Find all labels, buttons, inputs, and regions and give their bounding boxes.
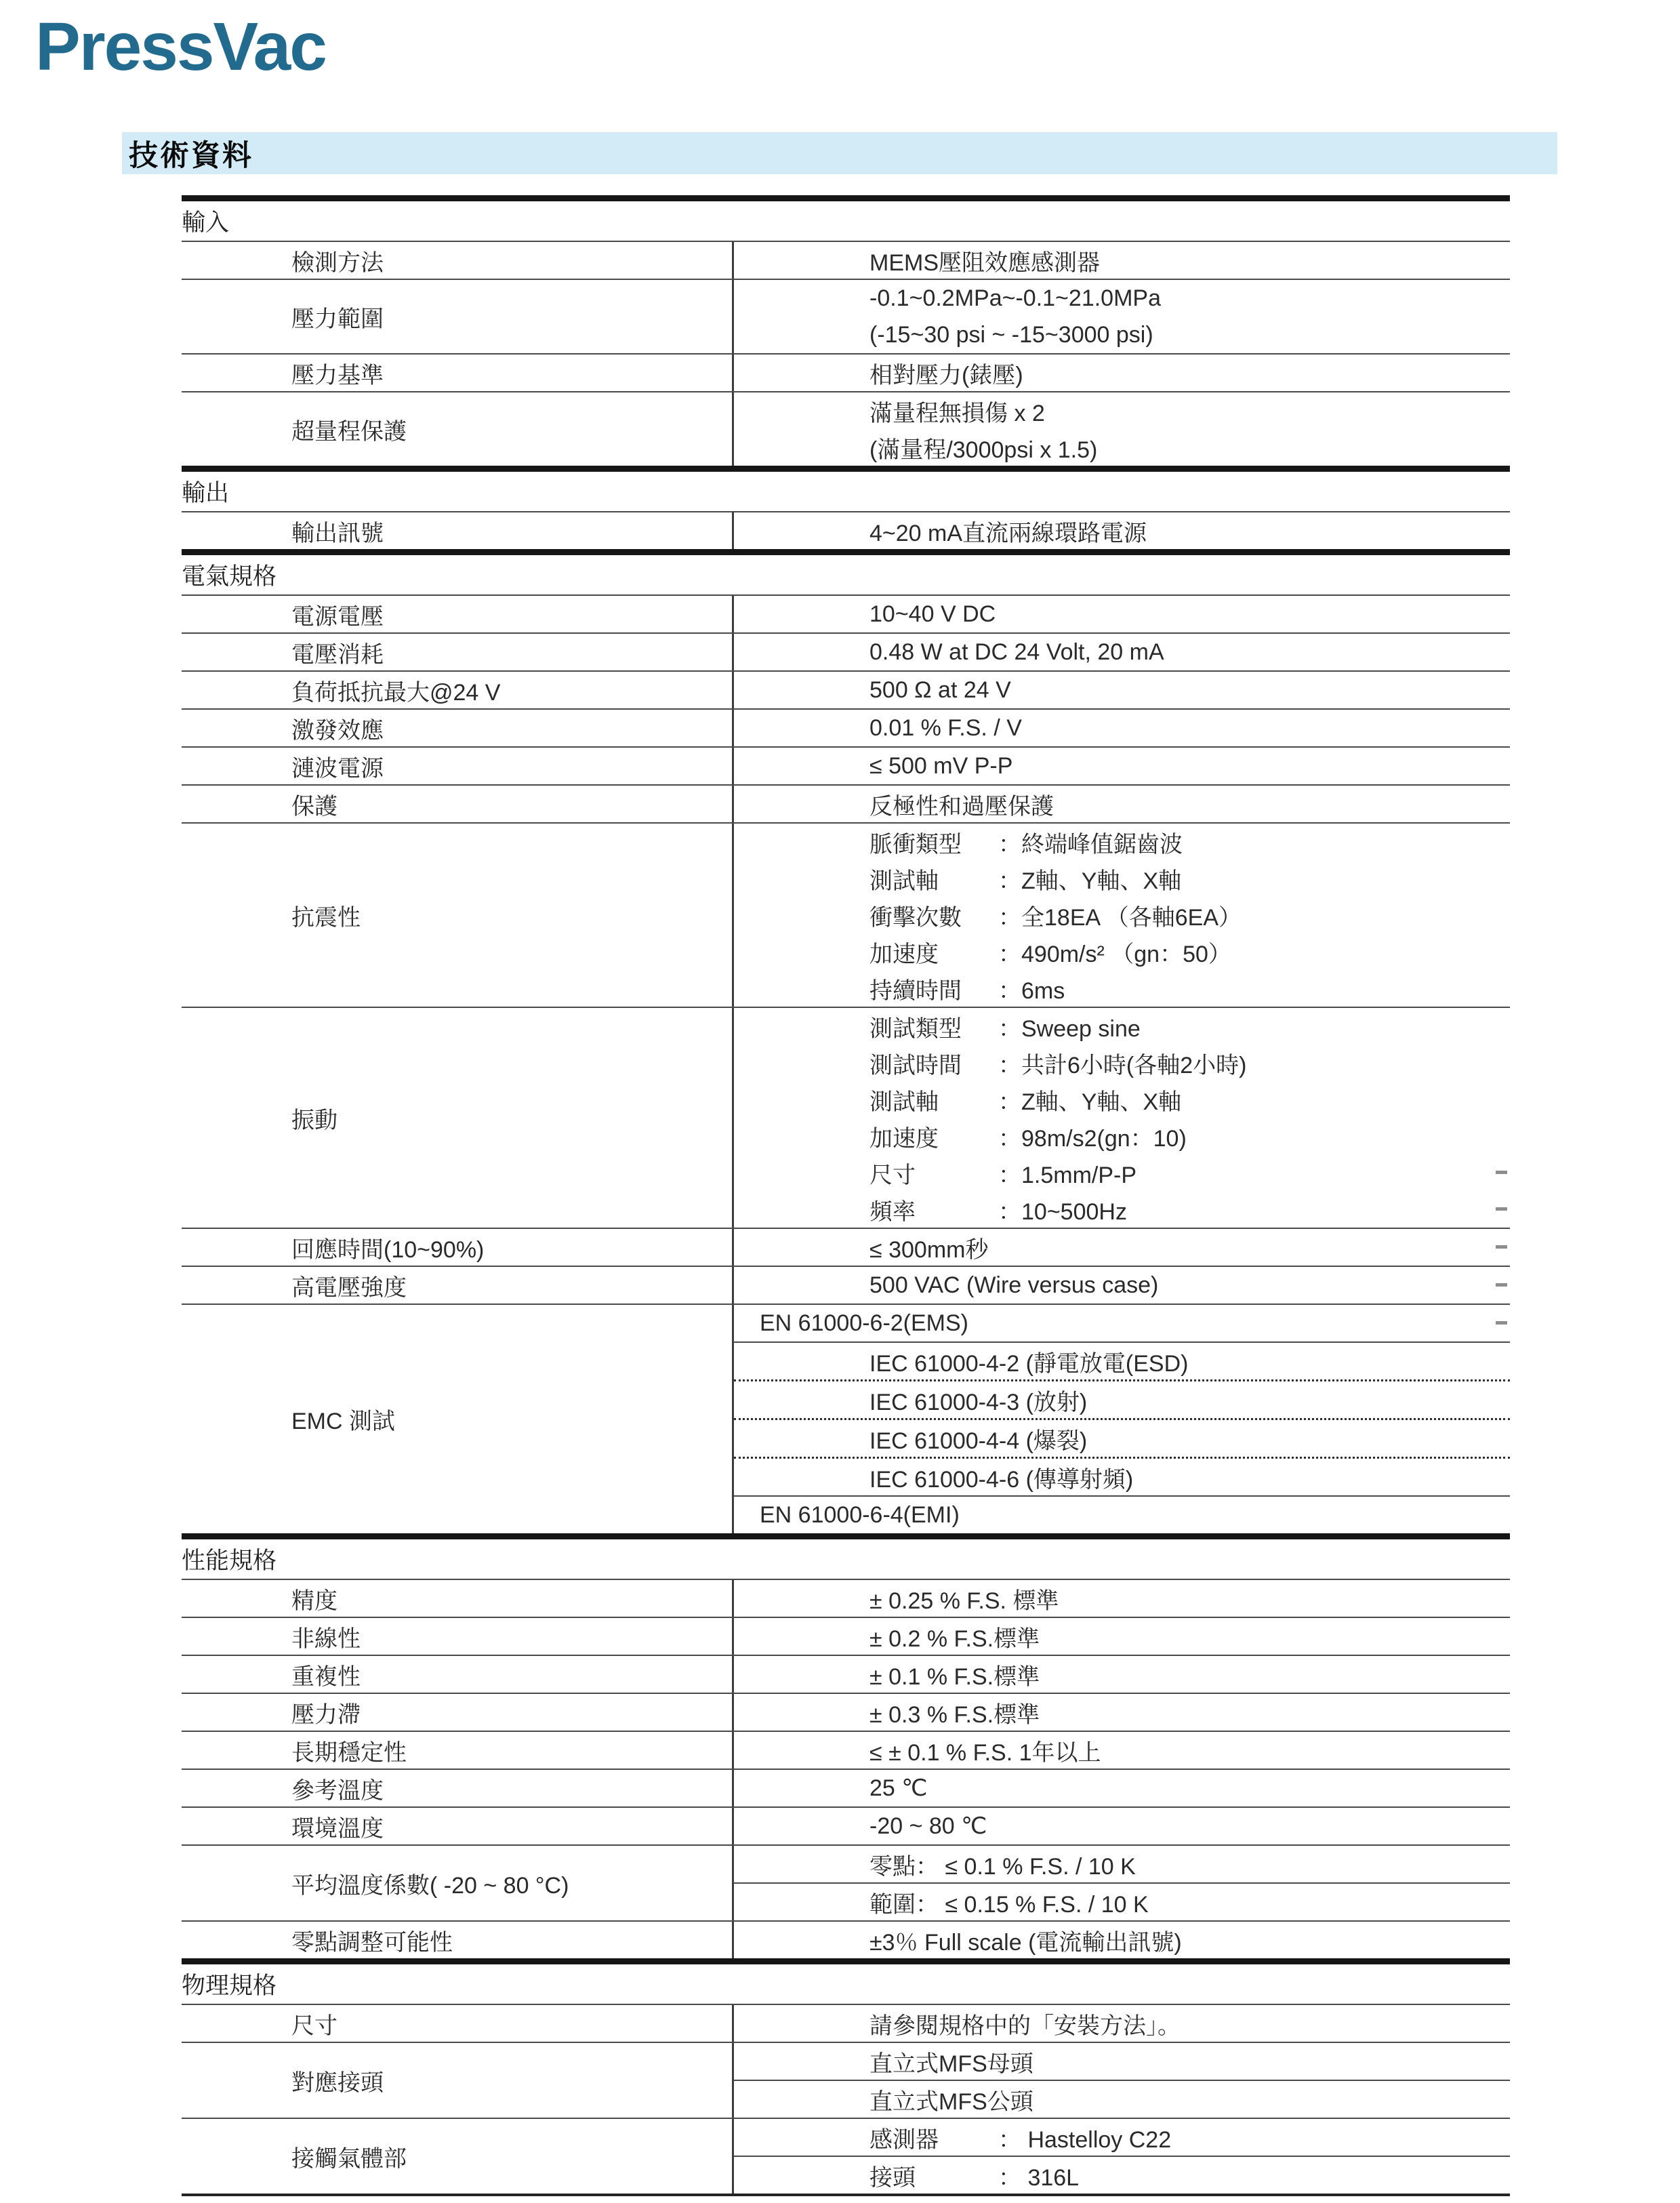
value-key: 頻率: [869, 1193, 998, 1226]
value-line: IEC 61000-4-2 (靜電放電(ESD): [734, 1343, 1510, 1379]
value-key: 加速度: [869, 935, 998, 969]
value-block: 請參閱規格中的「安裝方法」。: [734, 2005, 1510, 2042]
value-line: EN 61000-6-4(EMI): [734, 1497, 1510, 1533]
value-line: 500 VAC (Wire versus case): [734, 1267, 1510, 1303]
row-label: 激發效應: [182, 710, 732, 746]
row-label: 零點調整可能性: [182, 1922, 732, 1958]
value-line: ± 0.3 % F.S.標準: [734, 1694, 1510, 1731]
row-label: 非線性: [182, 1618, 732, 1655]
value-line: 相對壓力(錶壓): [734, 355, 1510, 391]
value-line: 滿量程無損傷 x 2: [734, 392, 1510, 429]
value-line: 10~40 V DC: [734, 596, 1510, 632]
value-line: 測試時間：共計6小時(各軸2小時): [734, 1045, 1510, 1081]
row-label: 振動: [182, 1008, 732, 1228]
row-value-column: -0.1~0.2MPa~-0.1~21.0MPa(-15~30 psi ~ -1…: [732, 280, 1510, 353]
row-label: 抗震性: [182, 824, 732, 1007]
value-line: -20 ~ 80 ℃: [734, 1808, 1510, 1844]
value-line: 零點： ≤ 0.1 % F.S. / 10 K: [734, 1846, 1510, 1882]
row-label: 壓力範圍: [182, 280, 732, 353]
row-label: 壓力滯: [182, 1694, 732, 1731]
value-block: 範圍： ≤ 0.15 % F.S. / 10 K: [734, 1882, 1510, 1920]
row-label: 接觸氣體部: [182, 2119, 732, 2194]
row-label: 輸出訊號: [182, 512, 732, 549]
spec-table: 輸入檢測方法MEMS壓阻效應感測器壓力範圍-0.1~0.2MPa~-0.1~21…: [182, 195, 1510, 2196]
row-value-column: 測試類型：Sweep sine測試時間：共計6小時(各軸2小時)測試軸：Z軸、Y…: [732, 1008, 1510, 1228]
value-line: -0.1~0.2MPa~-0.1~21.0MPa: [734, 280, 1510, 317]
value-line: EN 61000-6-2(EMS): [734, 1305, 1510, 1341]
spec-row: 高電壓強度500 VAC (Wire versus case): [182, 1266, 1510, 1303]
row-value-column: 500 Ω at 24 V: [732, 672, 1510, 708]
value-block: ± 0.25 % F.S. 標準: [734, 1580, 1510, 1617]
spec-row: 壓力範圍-0.1~0.2MPa~-0.1~21.0MPa(-15~30 psi …: [182, 279, 1510, 353]
value-line: 感測器： Hastelloy C22: [734, 2119, 1510, 2156]
row-label: EMC 測試: [182, 1305, 732, 1533]
spec-row: 長期穩定性≤ ± 0.1 % F.S. 1年以上: [182, 1731, 1510, 1769]
value-key: 持續時間: [869, 972, 998, 1005]
value-block: 反極性和過壓保護: [734, 786, 1510, 822]
value-line: 範圍： ≤ 0.15 % F.S. / 10 K: [734, 1884, 1510, 1920]
row-value-column: 脈衝類型：終端峰值鋸齒波測試軸：Z軸、Y軸、X軸衝擊次數：全18EA （各軸6E…: [732, 824, 1510, 1007]
value-block: 4~20 mA直流兩線環路電源: [734, 512, 1510, 549]
section-title: 物理規格: [182, 1964, 1510, 2004]
spec-row: 對應接頭直立式MFS母頭直立式MFS公頭: [182, 2042, 1510, 2118]
table-top-border: [182, 195, 1510, 201]
value-block: 感測器： Hastelloy C22: [734, 2119, 1510, 2156]
section-4: 物理規格尺寸請參閱規格中的「安裝方法」。對應接頭直立式MFS母頭直立式MFS公頭…: [182, 1964, 1510, 2196]
value-block: -20 ~ 80 ℃: [734, 1808, 1510, 1844]
spec-row: 尺寸請參閱規格中的「安裝方法」。: [182, 2004, 1510, 2042]
row-value-column: ± 0.2 % F.S.標準: [732, 1618, 1510, 1655]
spec-row: 回應時間(10~90%)≤ 300mm秒: [182, 1228, 1510, 1266]
spec-row: 電源電壓10~40 V DC: [182, 594, 1510, 632]
spec-row: 激發效應0.01 % F.S. / V: [182, 708, 1510, 746]
value-line: MEMS壓阻效應感測器: [734, 242, 1510, 279]
value-block: ≤ ± 0.1 % F.S. 1年以上: [734, 1732, 1510, 1769]
row-label: 重複性: [182, 1656, 732, 1693]
row-label: 回應時間(10~90%): [182, 1229, 732, 1266]
row-value-column: 零點： ≤ 0.1 % F.S. / 10 K範圍： ≤ 0.15 % F.S.…: [732, 1846, 1510, 1920]
value-line: (滿量程/3000psi x 1.5): [734, 429, 1510, 466]
value-block: EN 61000-6-4(EMI): [734, 1495, 1510, 1533]
value-block: 測試類型：Sweep sine測試時間：共計6小時(各軸2小時)測試軸：Z軸、Y…: [734, 1008, 1510, 1228]
value-line: ± 0.1 % F.S.標準: [734, 1656, 1510, 1693]
row-label: 漣波電源: [182, 748, 732, 784]
row-label: 高電壓強度: [182, 1267, 732, 1303]
spec-row: 參考溫度25 ℃: [182, 1769, 1510, 1806]
value-line: 加速度：98m/s2(gn：10): [734, 1118, 1510, 1154]
value-text: ：Sweep sine: [998, 1010, 1141, 1043]
row-label: 環境溫度: [182, 1808, 732, 1844]
value-key: 衝擊次數: [869, 899, 998, 932]
value-line: (-15~30 psi ~ -15~3000 psi): [734, 317, 1510, 353]
spec-row: 保護反極性和過壓保護: [182, 784, 1510, 822]
section-title: 性能規格: [182, 1539, 1510, 1579]
section-heading-bar: 技術資料: [122, 132, 1557, 174]
spec-row: 電壓消耗0.48 W at DC 24 Volt, 20 mA: [182, 632, 1510, 670]
row-value-column: 反極性和過壓保護: [732, 786, 1510, 822]
value-line: ± 0.2 % F.S.標準: [734, 1618, 1510, 1655]
spec-row: 零點調整可能性±3％ Full scale (電流輸出訊號): [182, 1920, 1510, 1958]
value-line: 請參閱規格中的「安裝方法」。: [734, 2005, 1510, 2042]
row-label: 保護: [182, 786, 732, 822]
spec-row: 壓力滯± 0.3 % F.S.標準: [182, 1693, 1510, 1731]
row-label: 負荷抵抗最大@24 V: [182, 672, 732, 708]
row-value-column: ± 0.1 % F.S.標準: [732, 1656, 1510, 1693]
spec-row: 抗震性脈衝類型：終端峰值鋸齒波測試軸：Z軸、Y軸、X軸衝擊次數：全18EA （各…: [182, 822, 1510, 1007]
row-value-column: ≤ 300mm秒: [732, 1229, 1510, 1266]
spec-row: 超量程保護滿量程無損傷 x 2(滿量程/3000psi x 1.5): [182, 391, 1510, 466]
row-label: 電源電壓: [182, 596, 732, 632]
row-value-column: 相對壓力(錶壓): [732, 355, 1510, 391]
value-line: 持續時間：6ms: [734, 970, 1510, 1007]
row-label: 檢測方法: [182, 242, 732, 279]
value-block: 零點： ≤ 0.1 % F.S. / 10 K: [734, 1846, 1510, 1882]
value-block: 滿量程無損傷 x 2(滿量程/3000psi x 1.5): [734, 392, 1510, 466]
section-2: 電氣規格電源電壓10~40 V DC電壓消耗0.48 W at DC 24 Vo…: [182, 555, 1510, 1539]
value-line: 衝擊次數：全18EA （各軸6EA）: [734, 897, 1510, 933]
value-key: 感測器: [869, 2121, 998, 2154]
value-block: 500 VAC (Wire versus case): [734, 1267, 1510, 1303]
value-line: 測試軸：Z軸、Y軸、X軸: [734, 860, 1510, 897]
row-value-column: 4~20 mA直流兩線環路電源: [732, 512, 1510, 549]
value-key: 測試軸: [869, 1083, 998, 1116]
spec-row: 輸出訊號4~20 mA直流兩線環路電源: [182, 511, 1510, 549]
value-block: IEC 61000-4-6 (傳導射頻): [734, 1457, 1510, 1495]
row-value-column: ≤ 500 mV P-P: [732, 748, 1510, 784]
row-value-column: 25 ℃: [732, 1770, 1510, 1806]
value-block: ± 0.2 % F.S.標準: [734, 1618, 1510, 1655]
spec-row: 平均溫度係數( -20 ~ 80 °C)零點： ≤ 0.1 % F.S. / 1…: [182, 1844, 1510, 1920]
row-value-column: 請參閱規格中的「安裝方法」。: [732, 2005, 1510, 2042]
row-label: 超量程保護: [182, 392, 732, 466]
row-label: 尺寸: [182, 2005, 732, 2042]
value-line: IEC 61000-4-4 (爆裂): [734, 1420, 1510, 1457]
row-value-column: 0.01 % F.S. / V: [732, 710, 1510, 746]
value-block: 接頭： 316L: [734, 2156, 1510, 2194]
row-label: 對應接頭: [182, 2043, 732, 2118]
value-line: 測試軸：Z軸、Y軸、X軸: [734, 1081, 1510, 1118]
value-text: ：終端峰值鋸齒波: [998, 826, 1183, 859]
spec-row: EMC 測試EN 61000-6-2(EMS)IEC 61000-4-2 (靜電…: [182, 1303, 1510, 1533]
row-value-column: -20 ~ 80 ℃: [732, 1808, 1510, 1844]
value-text: ：490m/s² （gn：50）: [998, 935, 1231, 969]
value-block: ± 0.3 % F.S.標準: [734, 1694, 1510, 1731]
spec-row: 檢測方法MEMS壓阻效應感測器: [182, 241, 1510, 279]
spec-row: 環境溫度-20 ~ 80 ℃: [182, 1806, 1510, 1844]
value-line: 直立式MFS母頭: [734, 2043, 1510, 2080]
value-block: ±3％ Full scale (電流輸出訊號): [734, 1922, 1510, 1958]
brand-logo: PressVac: [35, 8, 326, 86]
page: { "logo_text": "PressVac", "heading": "技…: [0, 0, 1680, 2203]
value-block: MEMS壓阻效應感測器: [734, 242, 1510, 279]
row-label: 平均溫度係數( -20 ~ 80 °C): [182, 1846, 732, 1920]
value-line: IEC 61000-4-6 (傳導射頻): [734, 1459, 1510, 1495]
row-value-column: MEMS壓阻效應感測器: [732, 242, 1510, 279]
spec-row: 精度± 0.25 % F.S. 標準: [182, 1579, 1510, 1617]
value-line: 0.48 W at DC 24 Volt, 20 mA: [734, 634, 1510, 670]
value-line: 反極性和過壓保護: [734, 786, 1510, 822]
value-key: 測試時間: [869, 1047, 998, 1080]
value-block: 0.48 W at DC 24 Volt, 20 mA: [734, 634, 1510, 670]
row-value-column: 感測器： Hastelloy C22接頭： 316L: [732, 2119, 1510, 2194]
value-line: 測試類型：Sweep sine: [734, 1008, 1510, 1045]
value-text: ：98m/s2(gn：10): [998, 1120, 1187, 1153]
spec-row: 振動測試類型：Sweep sine測試時間：共計6小時(各軸2小時)測試軸：Z軸…: [182, 1007, 1510, 1228]
value-block: 直立式MFS公頭: [734, 2080, 1510, 2118]
row-value-column: ± 0.25 % F.S. 標準: [732, 1580, 1510, 1617]
spec-row: 重複性± 0.1 % F.S.標準: [182, 1655, 1510, 1693]
value-text: ：共計6小時(各軸2小時): [998, 1047, 1246, 1080]
value-block: 500 Ω at 24 V: [734, 672, 1510, 708]
row-value-column: 滿量程無損傷 x 2(滿量程/3000psi x 1.5): [732, 392, 1510, 466]
value-line: 25 ℃: [734, 1770, 1510, 1806]
value-line: ≤ 300mm秒: [734, 1229, 1510, 1266]
section-bottom-border: [182, 549, 1510, 555]
value-line: IEC 61000-4-3 (放射): [734, 1381, 1510, 1418]
value-text: ： 316L: [998, 2159, 1079, 2192]
value-line: 500 Ω at 24 V: [734, 672, 1510, 708]
row-value-column: 500 VAC (Wire versus case): [732, 1267, 1510, 1303]
section-bottom-border: [182, 2194, 1510, 2196]
row-label: 電壓消耗: [182, 634, 732, 670]
value-block: 直立式MFS母頭: [734, 2043, 1510, 2080]
row-label: 壓力基準: [182, 355, 732, 391]
spec-row: 負荷抵抗最大@24 V500 Ω at 24 V: [182, 670, 1510, 708]
spec-row: 壓力基準相對壓力(錶壓): [182, 353, 1510, 391]
value-line: 脈衝類型：終端峰值鋸齒波: [734, 824, 1510, 860]
value-text: ：全18EA （各軸6EA）: [998, 899, 1242, 932]
section-bottom-border: [182, 466, 1510, 472]
value-block: 脈衝類型：終端峰值鋸齒波測試軸：Z軸、Y軸、X軸衝擊次數：全18EA （各軸6E…: [734, 824, 1510, 1007]
value-line: 尺寸：1.5mm/P-P: [734, 1154, 1510, 1191]
value-text: ： Hastelloy C22: [998, 2121, 1171, 2154]
row-label: 參考溫度: [182, 1770, 732, 1806]
page-title: 技術資料: [122, 133, 253, 174]
section-0: 輸入檢測方法MEMS壓阻效應感測器壓力範圍-0.1~0.2MPa~-0.1~21…: [182, 201, 1510, 472]
value-line: 加速度：490m/s² （gn：50）: [734, 933, 1510, 970]
value-block: ± 0.1 % F.S.標準: [734, 1656, 1510, 1693]
value-line: ≤ 500 mV P-P: [734, 748, 1510, 784]
row-value-column: EN 61000-6-2(EMS)IEC 61000-4-2 (靜電放電(ESD…: [732, 1305, 1510, 1533]
value-line: 0.01 % F.S. / V: [734, 710, 1510, 746]
value-block: 0.01 % F.S. / V: [734, 710, 1510, 746]
value-block: 10~40 V DC: [734, 596, 1510, 632]
spec-row: 接觸氣體部感測器： Hastelloy C22接頭： 316L: [182, 2118, 1510, 2194]
row-value-column: ≤ ± 0.1 % F.S. 1年以上: [732, 1732, 1510, 1769]
row-value-column: 直立式MFS母頭直立式MFS公頭: [732, 2043, 1510, 2118]
value-key: 尺寸: [869, 1156, 998, 1190]
row-label: 精度: [182, 1580, 732, 1617]
section-bottom-border: [182, 1533, 1510, 1539]
value-key: 測試類型: [869, 1010, 998, 1043]
value-line: 直立式MFS公頭: [734, 2081, 1510, 2118]
value-block: ≤ 300mm秒: [734, 1229, 1510, 1266]
row-label: 長期穩定性: [182, 1732, 732, 1769]
value-text: ：10~500Hz: [998, 1193, 1127, 1226]
value-text: ：Z軸、Y軸、X軸: [998, 862, 1181, 895]
value-block: IEC 61000-4-4 (爆裂): [734, 1418, 1510, 1457]
value-key: 脈衝類型: [869, 826, 998, 859]
section-title: 輸入: [182, 201, 1510, 241]
row-value-column: 10~40 V DC: [732, 596, 1510, 632]
value-block: IEC 61000-4-3 (放射): [734, 1379, 1510, 1418]
value-line: ± 0.25 % F.S. 標準: [734, 1580, 1510, 1617]
row-value-column: 0.48 W at DC 24 Volt, 20 mA: [732, 634, 1510, 670]
section-title: 電氣規格: [182, 555, 1510, 594]
value-key: 加速度: [869, 1120, 998, 1153]
value-text: ：6ms: [998, 972, 1065, 1005]
section-title: 輸出: [182, 472, 1510, 511]
value-block: 25 ℃: [734, 1770, 1510, 1806]
value-line: 接頭： 316L: [734, 2157, 1510, 2194]
value-block: 相對壓力(錶壓): [734, 355, 1510, 391]
spec-row: 非線性± 0.2 % F.S.標準: [182, 1617, 1510, 1655]
value-line: 頻率：10~500Hz: [734, 1191, 1510, 1228]
row-value-column: ± 0.3 % F.S.標準: [732, 1694, 1510, 1731]
section-3: 性能規格精度± 0.25 % F.S. 標準非線性± 0.2 % F.S.標準重…: [182, 1539, 1510, 1964]
value-block: -0.1~0.2MPa~-0.1~21.0MPa(-15~30 psi ~ -1…: [734, 280, 1510, 353]
value-block: ≤ 500 mV P-P: [734, 748, 1510, 784]
section-bottom-border: [182, 1958, 1510, 1964]
value-text: ：1.5mm/P-P: [998, 1156, 1136, 1190]
value-key: 接頭: [869, 2159, 998, 2192]
value-text: ：Z軸、Y軸、X軸: [998, 1083, 1181, 1116]
value-line: ±3％ Full scale (電流輸出訊號): [734, 1922, 1510, 1958]
row-value-column: ±3％ Full scale (電流輸出訊號): [732, 1922, 1510, 1958]
section-1: 輸出輸出訊號4~20 mA直流兩線環路電源: [182, 472, 1510, 555]
value-line: 4~20 mA直流兩線環路電源: [734, 512, 1510, 549]
value-line: ≤ ± 0.1 % F.S. 1年以上: [734, 1732, 1510, 1769]
spec-row: 漣波電源≤ 500 mV P-P: [182, 746, 1510, 784]
value-block: IEC 61000-4-2 (靜電放電(ESD): [734, 1341, 1510, 1379]
value-block: EN 61000-6-2(EMS): [734, 1305, 1510, 1341]
value-key: 測試軸: [869, 862, 998, 895]
